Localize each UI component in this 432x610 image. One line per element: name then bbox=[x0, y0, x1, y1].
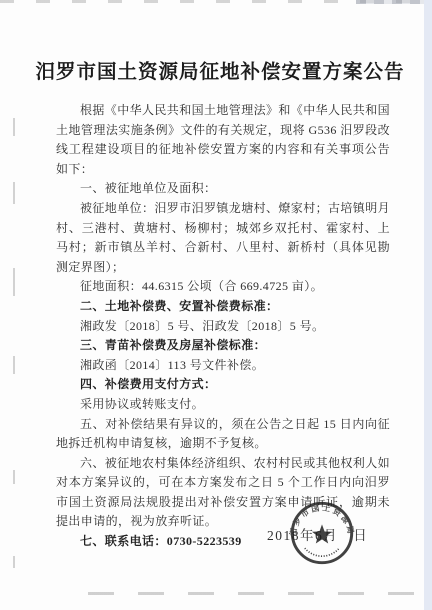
scan-artifact-left-dash bbox=[13, 556, 15, 568]
scan-artifact-top-right bbox=[356, 0, 426, 4]
date-suffix: 日 bbox=[353, 528, 368, 543]
official-seal: 汨罗市国土资源局 bbox=[289, 500, 355, 566]
section-3-heading: 三、青苗补偿费及房屋补偿标准： bbox=[56, 336, 390, 356]
section-2-body: 湘政发〔2018〕5 号、汨政发〔2018〕5 号。 bbox=[56, 317, 390, 337]
section-1-heading: 一、被征地单位及面积： bbox=[56, 179, 390, 199]
seal-star-icon bbox=[312, 524, 332, 543]
scan-artifact-left-dash bbox=[13, 470, 15, 484]
section-4-heading: 四、补偿费用支付方式： bbox=[56, 375, 390, 395]
scan-artifact-left-dash bbox=[13, 268, 15, 296]
document-title: 汨罗市国土资源局征地补偿安置方案公告 bbox=[20, 56, 420, 84]
scan-artifact-left-dash bbox=[13, 182, 15, 204]
section-3-body: 湘政函〔2014〕113 号文件补偿。 bbox=[56, 356, 390, 376]
scan-artifact-left-dash bbox=[13, 118, 15, 136]
section-2-heading: 二、土地补偿费、安置补偿费标准： bbox=[56, 297, 390, 317]
scan-artifact-right-edge bbox=[424, 0, 432, 610]
section-1-area: 征地面积：44.6315 公顷（合 669.4725 亩）。 bbox=[56, 277, 390, 297]
scanned-document-page: 汨罗市国土资源局征地补偿安置方案公告 根据《中华人民共和国土地管理法》和《中华人… bbox=[0, 0, 432, 610]
scan-artifact-bottom-smudge bbox=[88, 592, 426, 595]
paragraph-intro: 根据《中华人民共和国土地管理法》和《中华人民共和国土地管理法实施条例》文件的有关… bbox=[56, 101, 390, 179]
section-5-text: 五、对补偿结果有异议的，须在公告之日起 15 日内向征地拆迁机构申请复核，逾期不… bbox=[56, 415, 390, 454]
section-1-units: 被征地单位：汨罗市汨罗镇龙塘村、燎家村；古培镇明月村、三港村、黄塘村、杨柳村；城… bbox=[56, 199, 390, 277]
scan-artifact-left-dash bbox=[13, 356, 15, 374]
section-4-body: 采用协议或转账支付。 bbox=[56, 395, 390, 415]
document-body: 根据《中华人民共和国土地管理法》和《中华人民共和国土地管理法实施条例》文件的有关… bbox=[56, 101, 390, 552]
seal-bottom-serial-marks bbox=[305, 548, 339, 556]
